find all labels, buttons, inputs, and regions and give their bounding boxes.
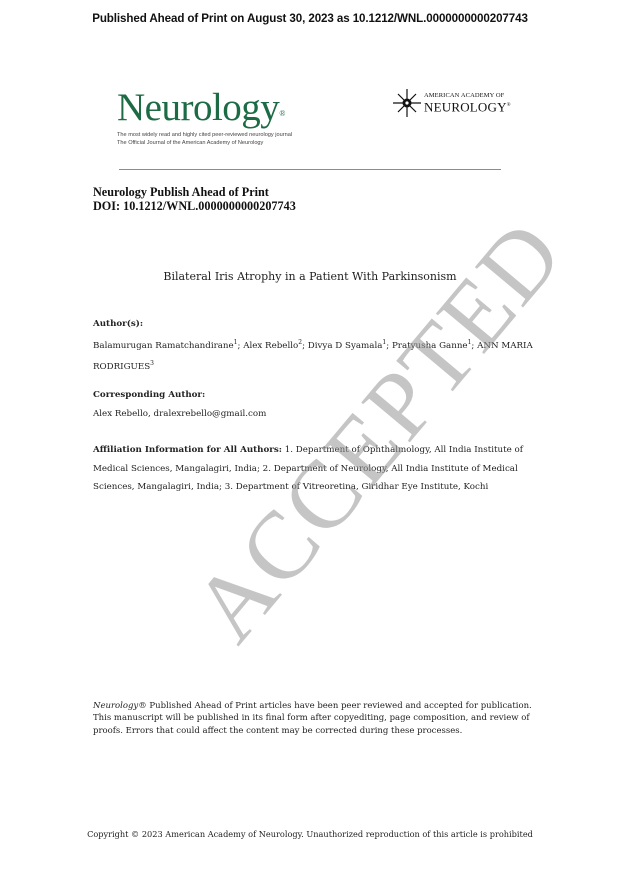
author-name: Divya D Syamala <box>308 340 383 350</box>
publish-ahead-header: Neurology Publish Ahead of Print DOI: 10… <box>93 185 296 213</box>
pap-doi: DOI: 10.1212/WNL.0000000000207743 <box>93 199 296 213</box>
header-divider <box>119 169 501 170</box>
authors-list: Balamurugan Ramatchandirane1; Alex Rebel… <box>93 334 533 377</box>
author-name: Balamurugan Ramatchandirane <box>93 340 234 350</box>
corresponding-author-section: Corresponding Author: Alex Rebello, dral… <box>93 386 533 423</box>
aan-name-line-2: NEUROLOGY <box>424 100 507 115</box>
article-title: Bilateral Iris Atrophy in a Patient With… <box>0 270 620 283</box>
affiliation-label: Affiliation Information for All Authors: <box>93 445 282 455</box>
neurology-journal-logo: Neurology® The most widely read and high… <box>117 88 292 147</box>
copyright-notice: Copyright © 2023 American Academy of Neu… <box>0 829 620 839</box>
aan-name-line-1: AMERICAN ACADEMY OF <box>424 92 511 99</box>
authors-section: Author(s): Balamurugan Ramatchandirane1;… <box>93 315 533 376</box>
journal-affiliation-tagline: The Official Journal of the American Aca… <box>117 139 292 147</box>
authors-label: Author(s): <box>93 319 143 329</box>
corresponding-author-text: Alex Rebello, dralexrebello@gmail.com <box>93 405 533 424</box>
starburst-icon <box>392 88 422 118</box>
journal-tagline: The most widely read and highly cited pe… <box>117 131 292 139</box>
author-affiliation-number: 1 <box>468 339 472 346</box>
journal-name: Neurology <box>117 86 279 129</box>
author-affiliation-number: 3 <box>150 360 154 367</box>
author-affiliation-number: 1 <box>382 339 386 346</box>
disclaimer-journal: Neurology <box>93 701 138 711</box>
affiliation-section: Affiliation Information for All Authors:… <box>93 441 533 497</box>
disclaimer: Neurology® Published Ahead of Print arti… <box>93 700 533 737</box>
pap-title: Neurology Publish Ahead of Print <box>93 185 296 199</box>
disclaimer-text: ® Published Ahead of Print articles have… <box>93 701 532 736</box>
aan-registered-mark: ® <box>507 103 511 108</box>
author-name: Pratyusha Ganne <box>392 340 468 350</box>
author-affiliation-number: 1 <box>234 339 238 346</box>
author-affiliation-number: 2 <box>298 339 302 346</box>
registered-mark: ® <box>279 109 285 118</box>
author-name: Alex Rebello <box>243 340 298 350</box>
corresponding-author-label: Corresponding Author: <box>93 390 205 400</box>
aan-logo: AMERICAN ACADEMY OF NEUROLOGY® <box>392 88 511 118</box>
publication-banner: Published Ahead of Print on August 30, 2… <box>0 12 620 25</box>
